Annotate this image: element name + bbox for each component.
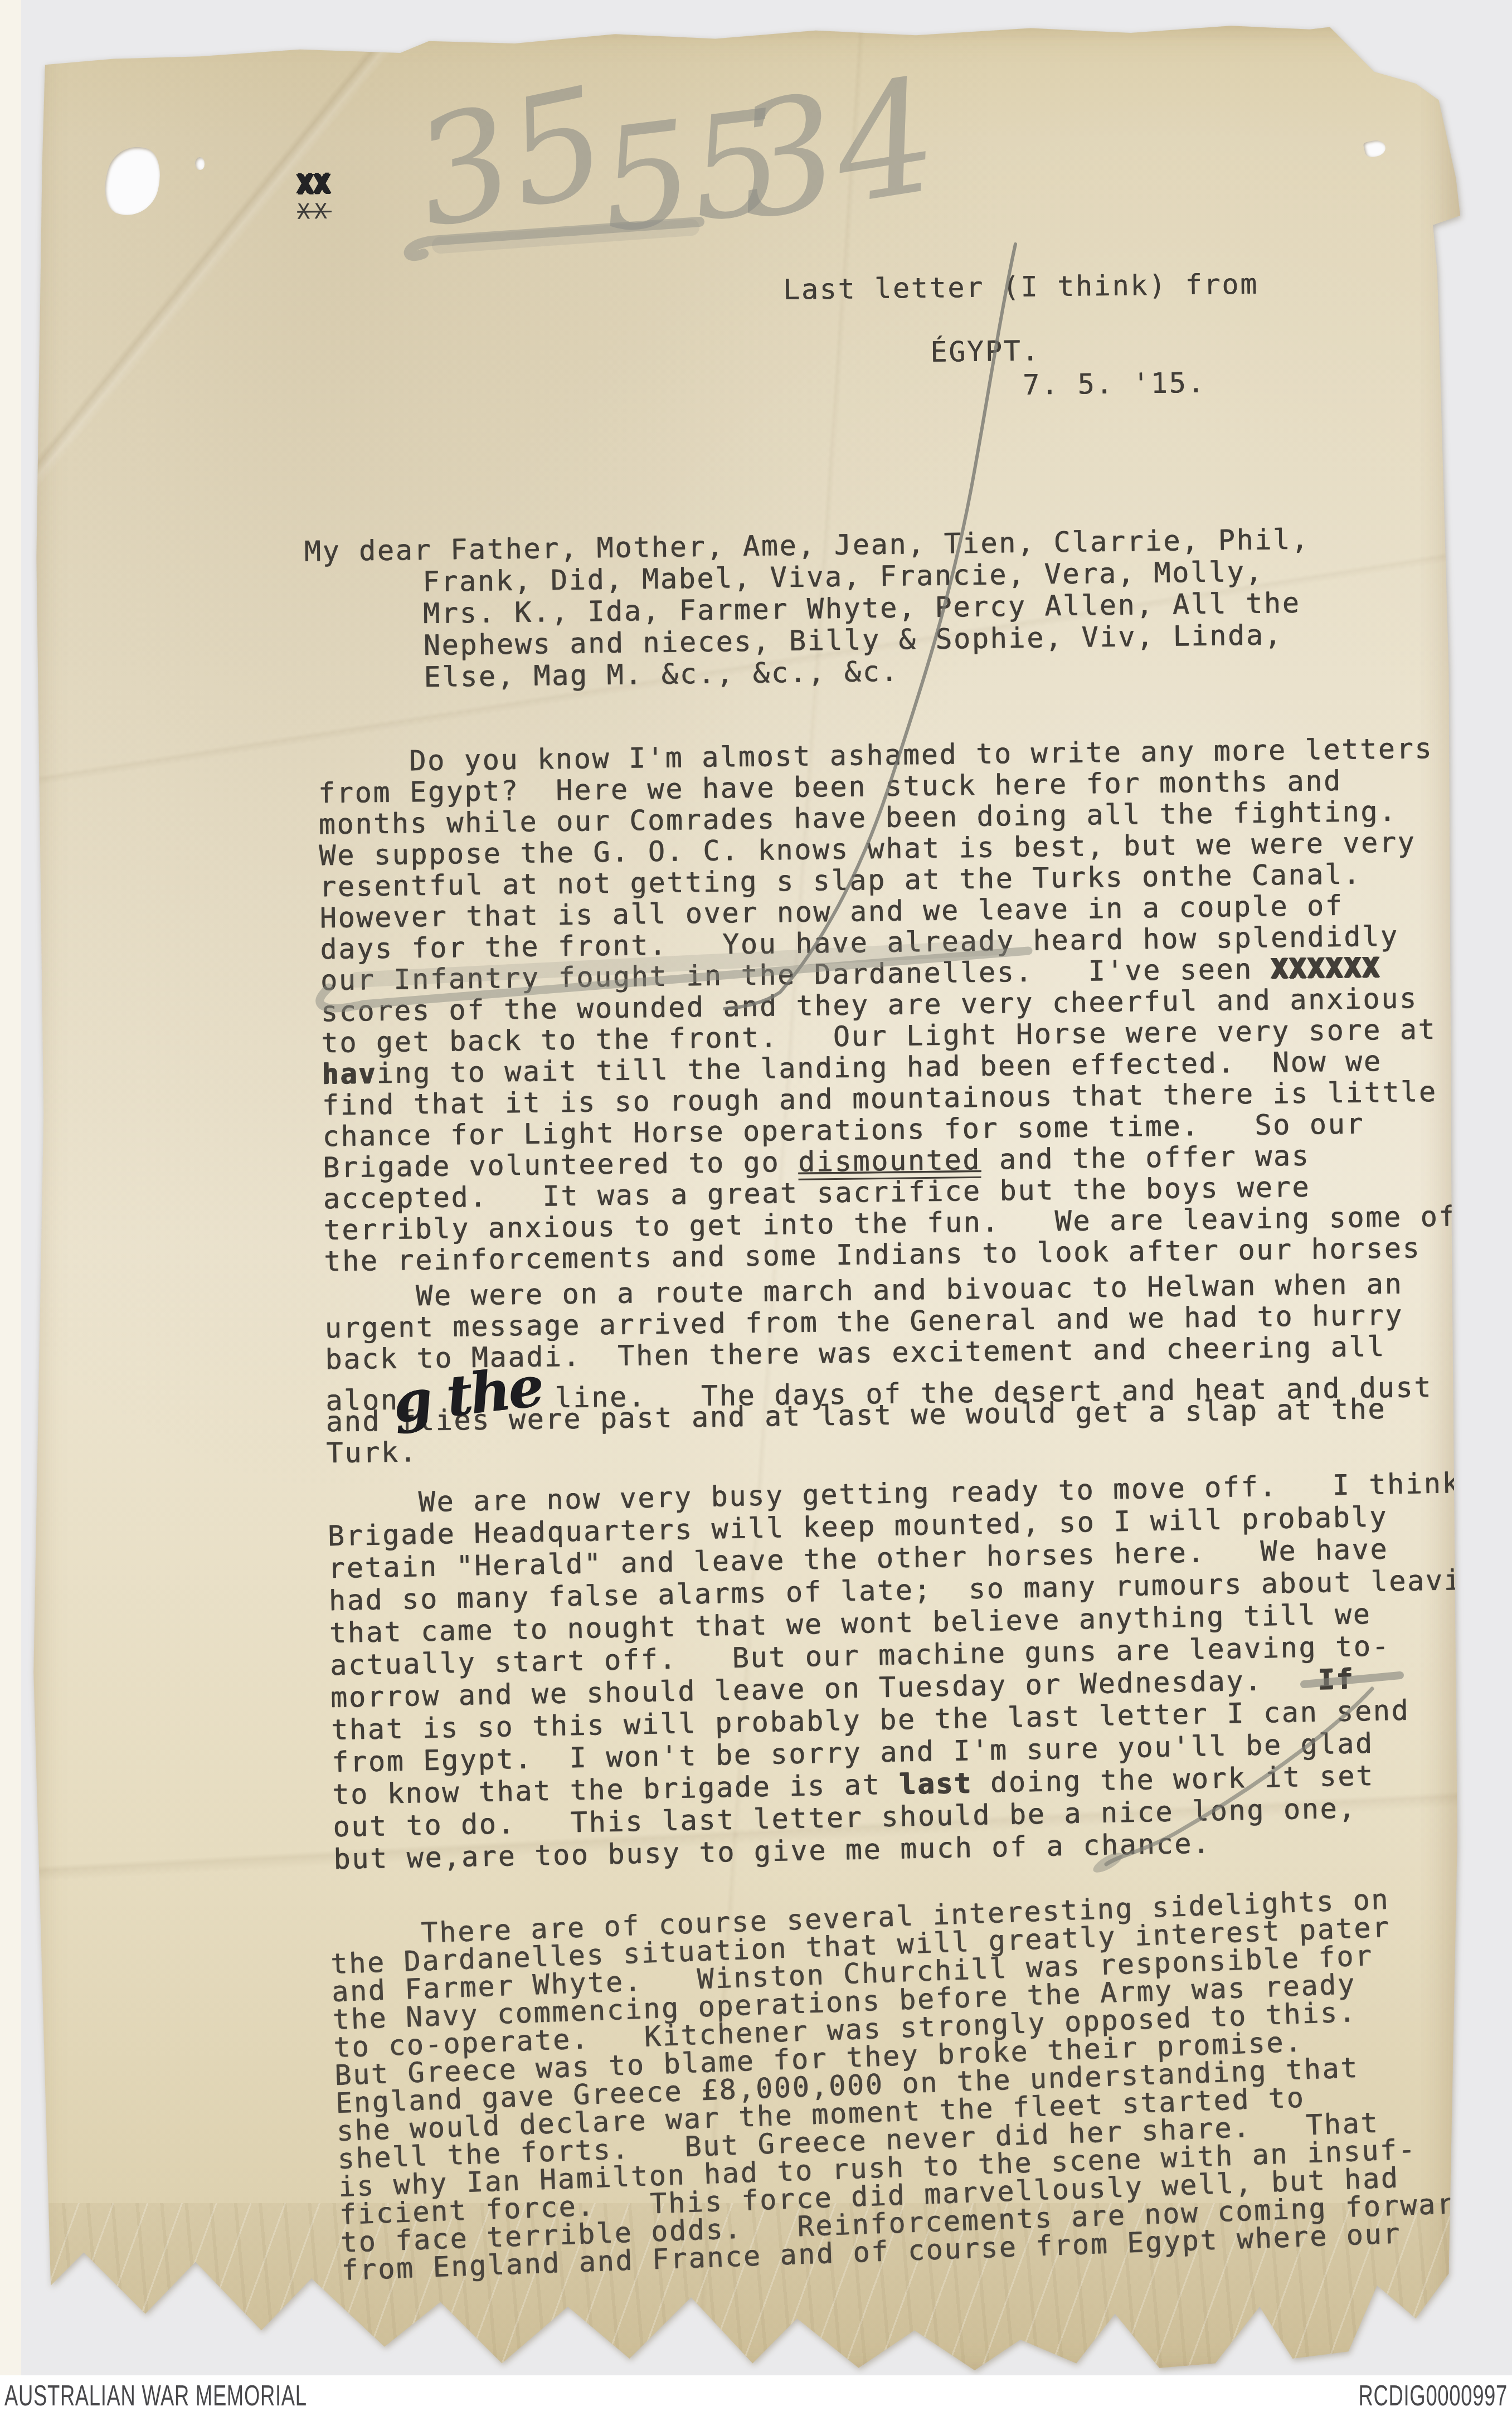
header-line: Last letter (I think) from <box>783 268 1259 306</box>
archive-name-label: AUSTRALIAN WAR MEMORIAL <box>4 2379 307 2413</box>
paragraph-2: We were on a route march and bivouac to … <box>324 1268 1433 1469</box>
marked-word-if: If <box>1317 1662 1355 1695</box>
overtyped-text: last <box>899 1767 973 1800</box>
overtyped-text: hav <box>322 1057 377 1090</box>
typed-text: I've seen <box>1033 952 1271 988</box>
paragraph-3: We are now very busy getting ready to mo… <box>327 1466 1504 1875</box>
salutation: My dear Father, Mother, Ame, Jean, Tien,… <box>304 524 1311 695</box>
overstruck-xxx: XXXXXX <box>1271 951 1381 985</box>
typed-text: and the offer was <box>981 1140 1310 1176</box>
letter-page: XX XX Last letter (I think) from ÉGYPT. … <box>28 22 1460 2380</box>
archive-footer-bar: AUSTRALIAN WAR MEMORIAL RCDIG0000997 <box>0 2375 1512 2416</box>
scanner-edge-strip <box>0 0 21 2375</box>
overstrike-xx: XX <box>297 201 332 222</box>
header-place: ÉGYPT. <box>930 334 1041 368</box>
typed-overstrike-mark: XX XX <box>296 171 332 222</box>
letter-page-wrap: XX XX Last letter (I think) from ÉGYPT. … <box>28 22 1460 2380</box>
archive-id-label: RCDIG0000997 <box>1359 2379 1508 2413</box>
paragraph-4: There are of course several interesting … <box>329 1883 1475 2284</box>
handwritten-ink-insertion: g the <box>391 1370 543 1419</box>
typed-letter-content: XX XX Last letter (I think) from ÉGYPT. … <box>13 13 1474 2388</box>
overstrike-blob: XX <box>296 171 331 198</box>
paragraph-1: Do you know I'm almost ashamed to write … <box>318 732 1457 1277</box>
header-date: 7. 5. '15. <box>1023 367 1206 401</box>
